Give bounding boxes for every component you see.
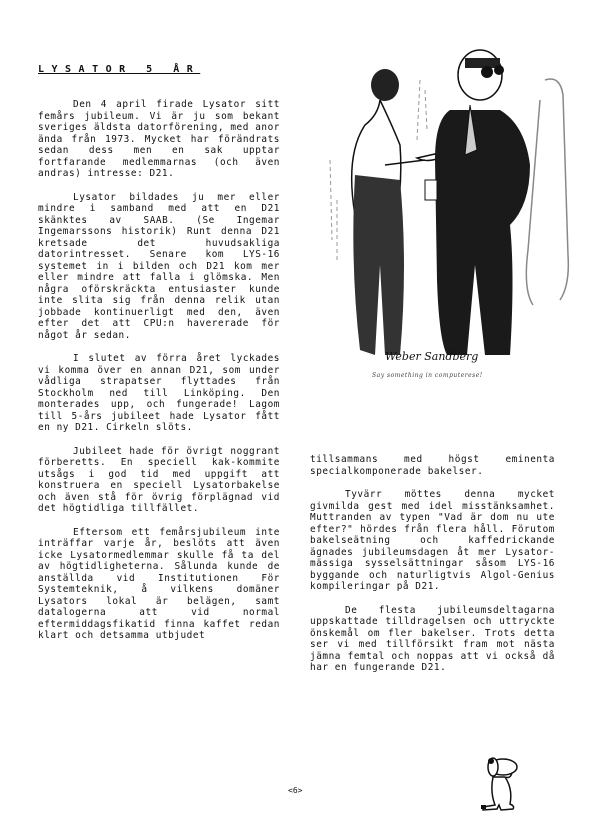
left-column: Den 4 april firade Lysator sitt femårs j… [38,99,280,654]
paragraph: Eftersom ett femårsjubileum inte inträff… [38,527,280,642]
page-number: <6> [288,786,302,795]
svg-text:Weber Sandberg: Weber Sandberg [385,350,478,363]
paragraph: I slutet av förra året lyckades vi komma… [38,353,280,434]
paragraph: Tyvärr möttes denna mycket givmilda gest… [310,489,555,593]
paragraph: De flesta jubileumsdeltagarna uppskattad… [310,605,555,674]
cartoon-caption: Say something in computerese! [372,372,483,379]
paragraph: Den 4 april firade Lysator sitt femårs j… [38,99,280,180]
cocktail-party-cartoon-icon: Weber Sandberg [325,40,580,370]
paragraph: Lysator bildades ju mer eller mindre i s… [38,192,280,342]
snoopy-icon [478,757,522,812]
paragraph: Jubileet hade för övrigt noggrant förber… [38,446,280,515]
right-column: tillsammans med högst eminenta specialko… [310,454,555,686]
article-title: LYSATOR 5 ÅR [38,64,200,75]
paragraph: tillsammans med högst eminenta specialko… [310,454,555,477]
